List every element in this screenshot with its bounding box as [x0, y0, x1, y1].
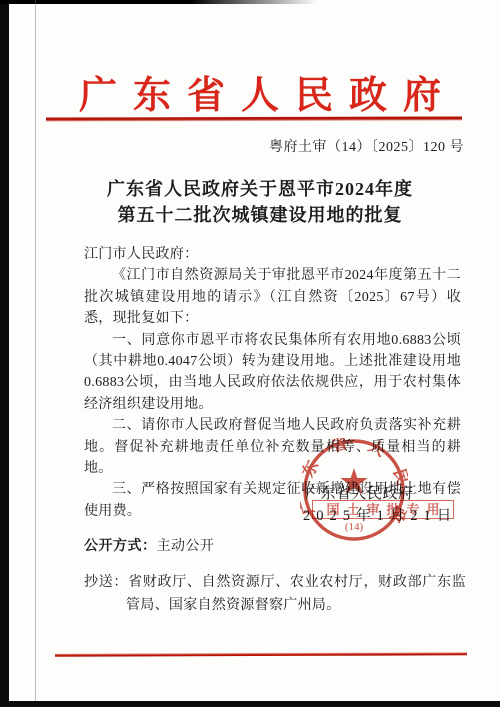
scanned-official-document: 广东省人民政府 粤府土审（14）〔2025〕120 号 广东省人民政府关于恩平市… — [0, 0, 500, 707]
scan-edge-bottom — [0, 701, 500, 707]
seal-number: (14) — [345, 521, 364, 533]
letterhead-org-name: 广东省人民政府 — [40, 64, 480, 119]
salutation: 江门市人民政府： — [84, 244, 461, 265]
paragraph-item-1: 一、同意你市恩平市将农民集体所有农用地0.6883公顷（其中耕地0.4047公顷… — [84, 330, 461, 416]
letterhead-rule — [46, 116, 462, 121]
document-title-line1: 广东省人民政府关于恩平市2024年度 — [40, 176, 480, 202]
cc-line: 抄送：省财政厅、自然资源厅、农业农村厅，财政部广东监管局、国家自然资源督察广州局… — [84, 572, 466, 617]
paragraph-intro: 《江门市自然资源局关于审批恩平市2024年度第五十二批次城镇建设用地的请示》（江… — [84, 265, 461, 329]
star-icon: ★ — [338, 462, 370, 503]
document-number: 粤府土审（14）〔2025〕120 号 — [269, 136, 464, 156]
page-fold-line — [35, 0, 36, 701]
scan-edge-left — [0, 0, 9, 707]
cc-value: 省财政厅、自然资源厅、农业农村厅，财政部广东监管局、国家自然资源督察广州局。 — [126, 575, 466, 613]
document-title: 广东省人民政府关于恩平市2024年度 第五十二批次城镇建设用地的批复 — [40, 176, 480, 228]
document-title-line2: 第五十二批次城镇建设用地的批复 — [40, 202, 480, 228]
disclosure-line: 公开方式：主动公开 — [84, 535, 215, 555]
scan-edge-top — [0, 0, 318, 4]
disclosure-value: 主动公开 — [157, 539, 215, 554]
official-seal: 广东省人民政府 ★ (14) — [300, 438, 408, 546]
cc-label: 抄送： — [84, 575, 128, 590]
footer-rule — [55, 652, 467, 656]
disclosure-label: 公开方式： — [84, 539, 157, 554]
approval-box-stamp: 国土审批专用 — [312, 500, 454, 519]
